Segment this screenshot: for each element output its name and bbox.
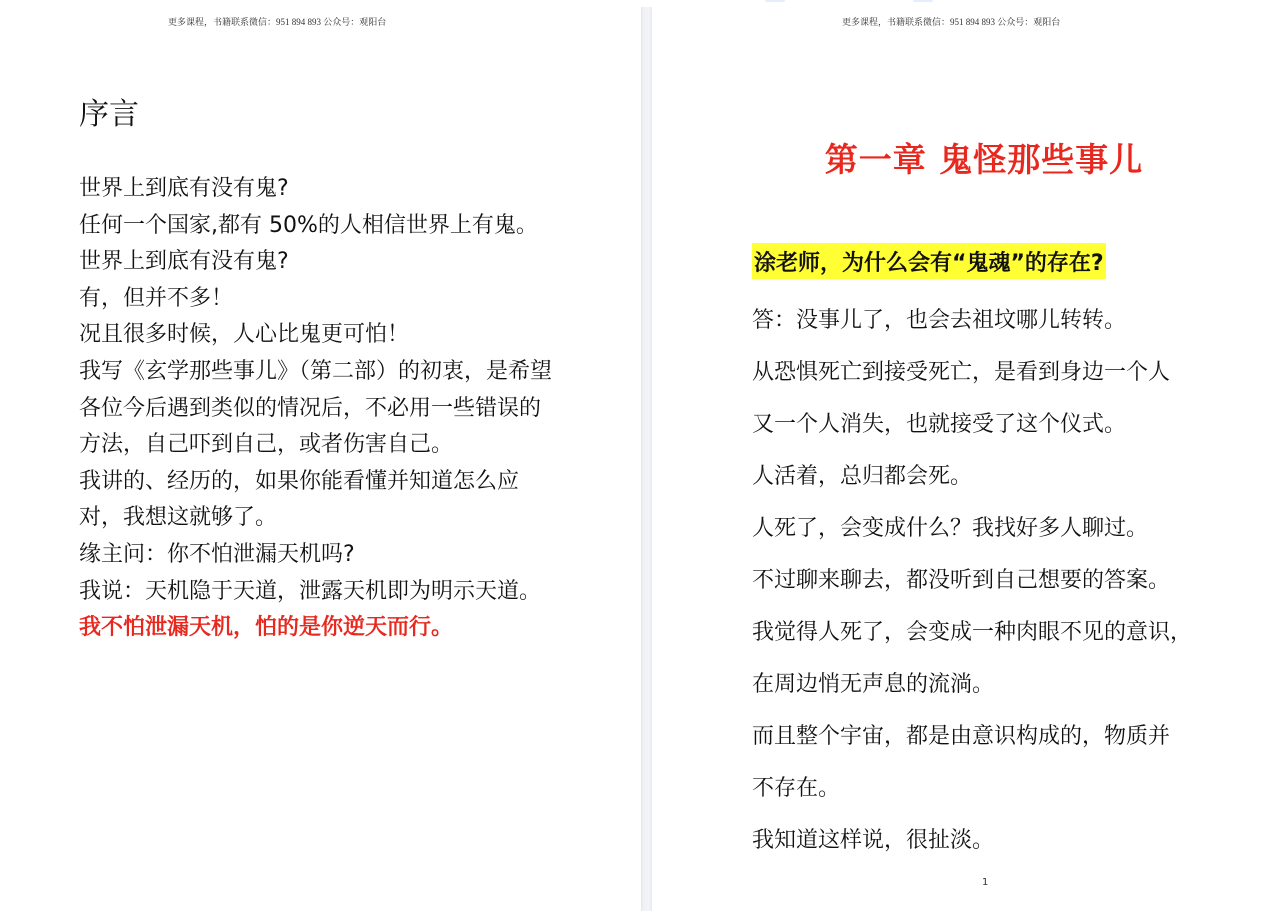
paragraph: 我讲的、经历的，如果你能看懂并知道怎么应对，我想这就够了。 <box>79 464 559 537</box>
paragraph: 我说：天机隐于天道，泄露天机即为明示天道。 <box>79 574 559 611</box>
paragraph: 任何一个国家,都有 50%的人相信世界上有鬼。 <box>79 208 559 245</box>
paragraph: 缘主问：你不怕泄漏天机吗? <box>79 537 559 574</box>
toolbar-tab-remnant[interactable] <box>765 0 785 2</box>
chapter-body: 答：没事儿了，也会去祖坟哪儿转转。 从恐惧死亡到接受死亡，是看到身边一个人 又一… <box>752 295 1252 867</box>
paragraph: 世界上到底有没有鬼? <box>79 244 559 281</box>
paragraph: 不存在。 <box>752 763 1252 815</box>
paragraph: 有，但并不多！ <box>79 281 559 318</box>
paragraph: 又一个人消失，也就接受了这个仪式。 <box>752 399 1252 451</box>
paragraph: 答：没事儿了，也会去祖坟哪儿转转。 <box>752 295 1252 347</box>
paragraph: 况且很多时候，人心比鬼更可怕！ <box>79 317 559 354</box>
paragraph: 人死了，会变成什么？我找好多人聊过。 <box>752 503 1252 555</box>
paragraph: 而且整个宇宙，都是由意识构成的，物质并 <box>752 711 1252 763</box>
preface-title: 序言 <box>79 89 139 133</box>
page-header: 更多课程，书籍联系微信：951 894 893 公众号：观阳台 <box>168 15 386 28</box>
paragraph: 人活着，总归都会死。 <box>752 451 1252 503</box>
toolbar-tab-remnant[interactable] <box>913 0 933 2</box>
paragraph: 我写《玄学那些事儿》（第二部）的初衷，是希望各位今后遇到类似的情况后，不必用一些… <box>79 354 559 464</box>
paragraph: 我觉得人死了，会变成一种肉眼不见的意识， <box>752 607 1252 659</box>
paragraph: 世界上到底有没有鬼? <box>79 171 559 208</box>
chapter-title: 第一章 鬼怪那些事儿 <box>652 134 1286 181</box>
page-divider <box>641 7 652 911</box>
page-number: 1 <box>982 877 988 888</box>
document-page-left: 更多课程，书籍联系微信：951 894 893 公众号：观阳台 序言 世界上到底… <box>0 7 641 911</box>
document-page-right: 更多课程，书籍联系微信：951 894 893 公众号：观阳台 第一章 鬼怪那些… <box>652 7 1286 911</box>
paragraph: 从恐惧死亡到接受死亡，是看到身边一个人 <box>752 347 1252 399</box>
page-header: 更多课程，书籍联系微信：951 894 893 公众号：观阳台 <box>842 15 1060 28</box>
paragraph: 我知道这样说，很扯淡。 <box>752 815 1252 867</box>
paragraph: 在周边悄无声息的流淌。 <box>752 659 1252 711</box>
preface-body: 世界上到底有没有鬼? 任何一个国家,都有 50%的人相信世界上有鬼。 世界上到底… <box>79 171 559 647</box>
highlighted-quote: 我不怕泄漏天机，怕的是你逆天而行。 <box>79 610 559 647</box>
highlighted-question: 涂老师，为什么会有“鬼魂”的存在? <box>752 243 1106 279</box>
paragraph: 不过聊来聊去，都没听到自己想要的答案。 <box>752 555 1252 607</box>
